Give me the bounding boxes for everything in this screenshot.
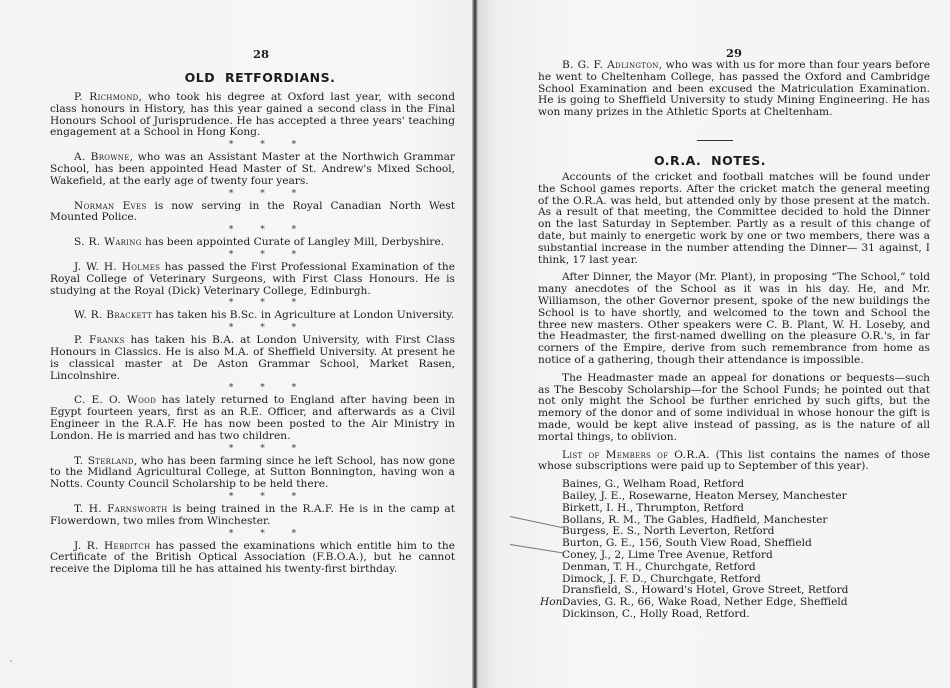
entry: J. R. Hebditch has passed the examinatio… [50,541,455,576]
member-entry: Dickinson, C., Holly Road, Retford. [562,608,750,620]
person-name: J. W. H. Holmes [74,261,160,273]
section-divider [697,140,733,141]
entry: Norman Eves is now serving in the Royal … [50,201,455,225]
member-entry: Dimock, J. F. D., Churchgate, Retford [562,573,761,585]
person-name: J. R. Hebditch [74,540,150,552]
member-entry: Burton, G. E., 156, South View Road, She… [562,537,812,549]
member-entry: Dransfield, S., Howard's Hotel, Grove St… [562,584,848,596]
member-entry: Coney, J., 2, Lime Tree Avenue, Retford [562,549,773,561]
person-name: A. Browne [74,151,130,163]
person-name: B. G. F. Adlington [562,59,659,71]
person-name: C. E. O. Wood [74,394,156,406]
entry: S. R. Waring has been appointed Curate o… [50,237,455,249]
entry: P. Richmond, who took his degree at Oxfo… [50,92,455,139]
member-item: Dickinson, C., Holly Road, Retford. [562,609,930,621]
adlington-entry: B. G. F. Adlington, who was with us for … [538,60,930,119]
member-entry: Davies, G. R., 66, Wake Road, Nether Edg… [562,596,848,608]
members-intro: List of Members of O.R.A. (This list con… [538,450,930,474]
member-entry: Birkett, I. H., Thrumpton, Retford [562,502,744,514]
notes-paragraph: After Dinner, the Mayor (Mr. Plant), in … [538,272,930,366]
old-retfordians-column: P. Richmond, who took his degree at Oxfo… [50,92,455,576]
paper-speck [10,660,12,662]
entry: T. H. Farnsworth is being trained in the… [50,504,455,528]
member-entry: Baines, G., Welham Road, Retford [562,478,744,490]
notes-paragraph: Accounts of the cricket and football mat… [538,172,930,266]
member-entry: Bailey, J. E., Rosewarne, Heaton Mersey,… [562,490,847,502]
ora-notes-heading: O.R.A. NOTES. [560,153,860,168]
members-list: Baines, G., Welham Road, Retford Bailey,… [538,479,930,621]
page-number: 28 [0,47,472,61]
person-name: T. Sterland [74,455,134,467]
entry: A. Browne, who was an Assistant Master a… [50,152,455,187]
entry: T. Sterland, who has been farming since … [50,456,455,491]
entry: B. G. F. Adlington, who was with us for … [538,60,930,119]
entry: W. R. Brackett has taken his B.Sc. in Ag… [50,310,455,322]
page-heading: OLD RETFORDIANS. [60,70,460,85]
person-name: P. Franks [74,334,125,346]
page-number: 29 [478,46,950,60]
left-page: 28 OLD RETFORDIANS. P. Richmond, who too… [0,0,472,688]
person-name: Norman Eves [74,200,147,212]
person-name: T. H. Farnsworth [74,503,168,515]
entry: P. Franks has taken his B.A. at London U… [50,335,455,382]
member-entry: Burgess, E. S., North Leverton, Retford [562,525,774,537]
entry: C. E. O. Wood has lately returned to Eng… [50,395,455,442]
entry-text: has been appointed Curate of Langley Mil… [142,236,445,248]
person-name: W. R. Brackett [74,309,152,321]
ora-notes-body: Accounts of the cricket and football mat… [538,172,930,621]
member-entry: Bollans, R. M., The Gables, Hadfield, Ma… [562,514,827,526]
entry: J. W. H. Holmes has passed the First Pro… [50,262,455,297]
entry-text: has taken his B.Sc. in Agriculture at Lo… [152,309,454,321]
members-list-label: List of Members of O.R.A. [562,449,710,461]
person-name: S. R. Waring [74,236,142,248]
notes-paragraph: The Headmaster made an appeal for donati… [538,373,930,444]
person-name: P. Richmond [74,91,139,103]
member-entry: Denman, T. H., Churchgate, Retford [562,561,756,573]
